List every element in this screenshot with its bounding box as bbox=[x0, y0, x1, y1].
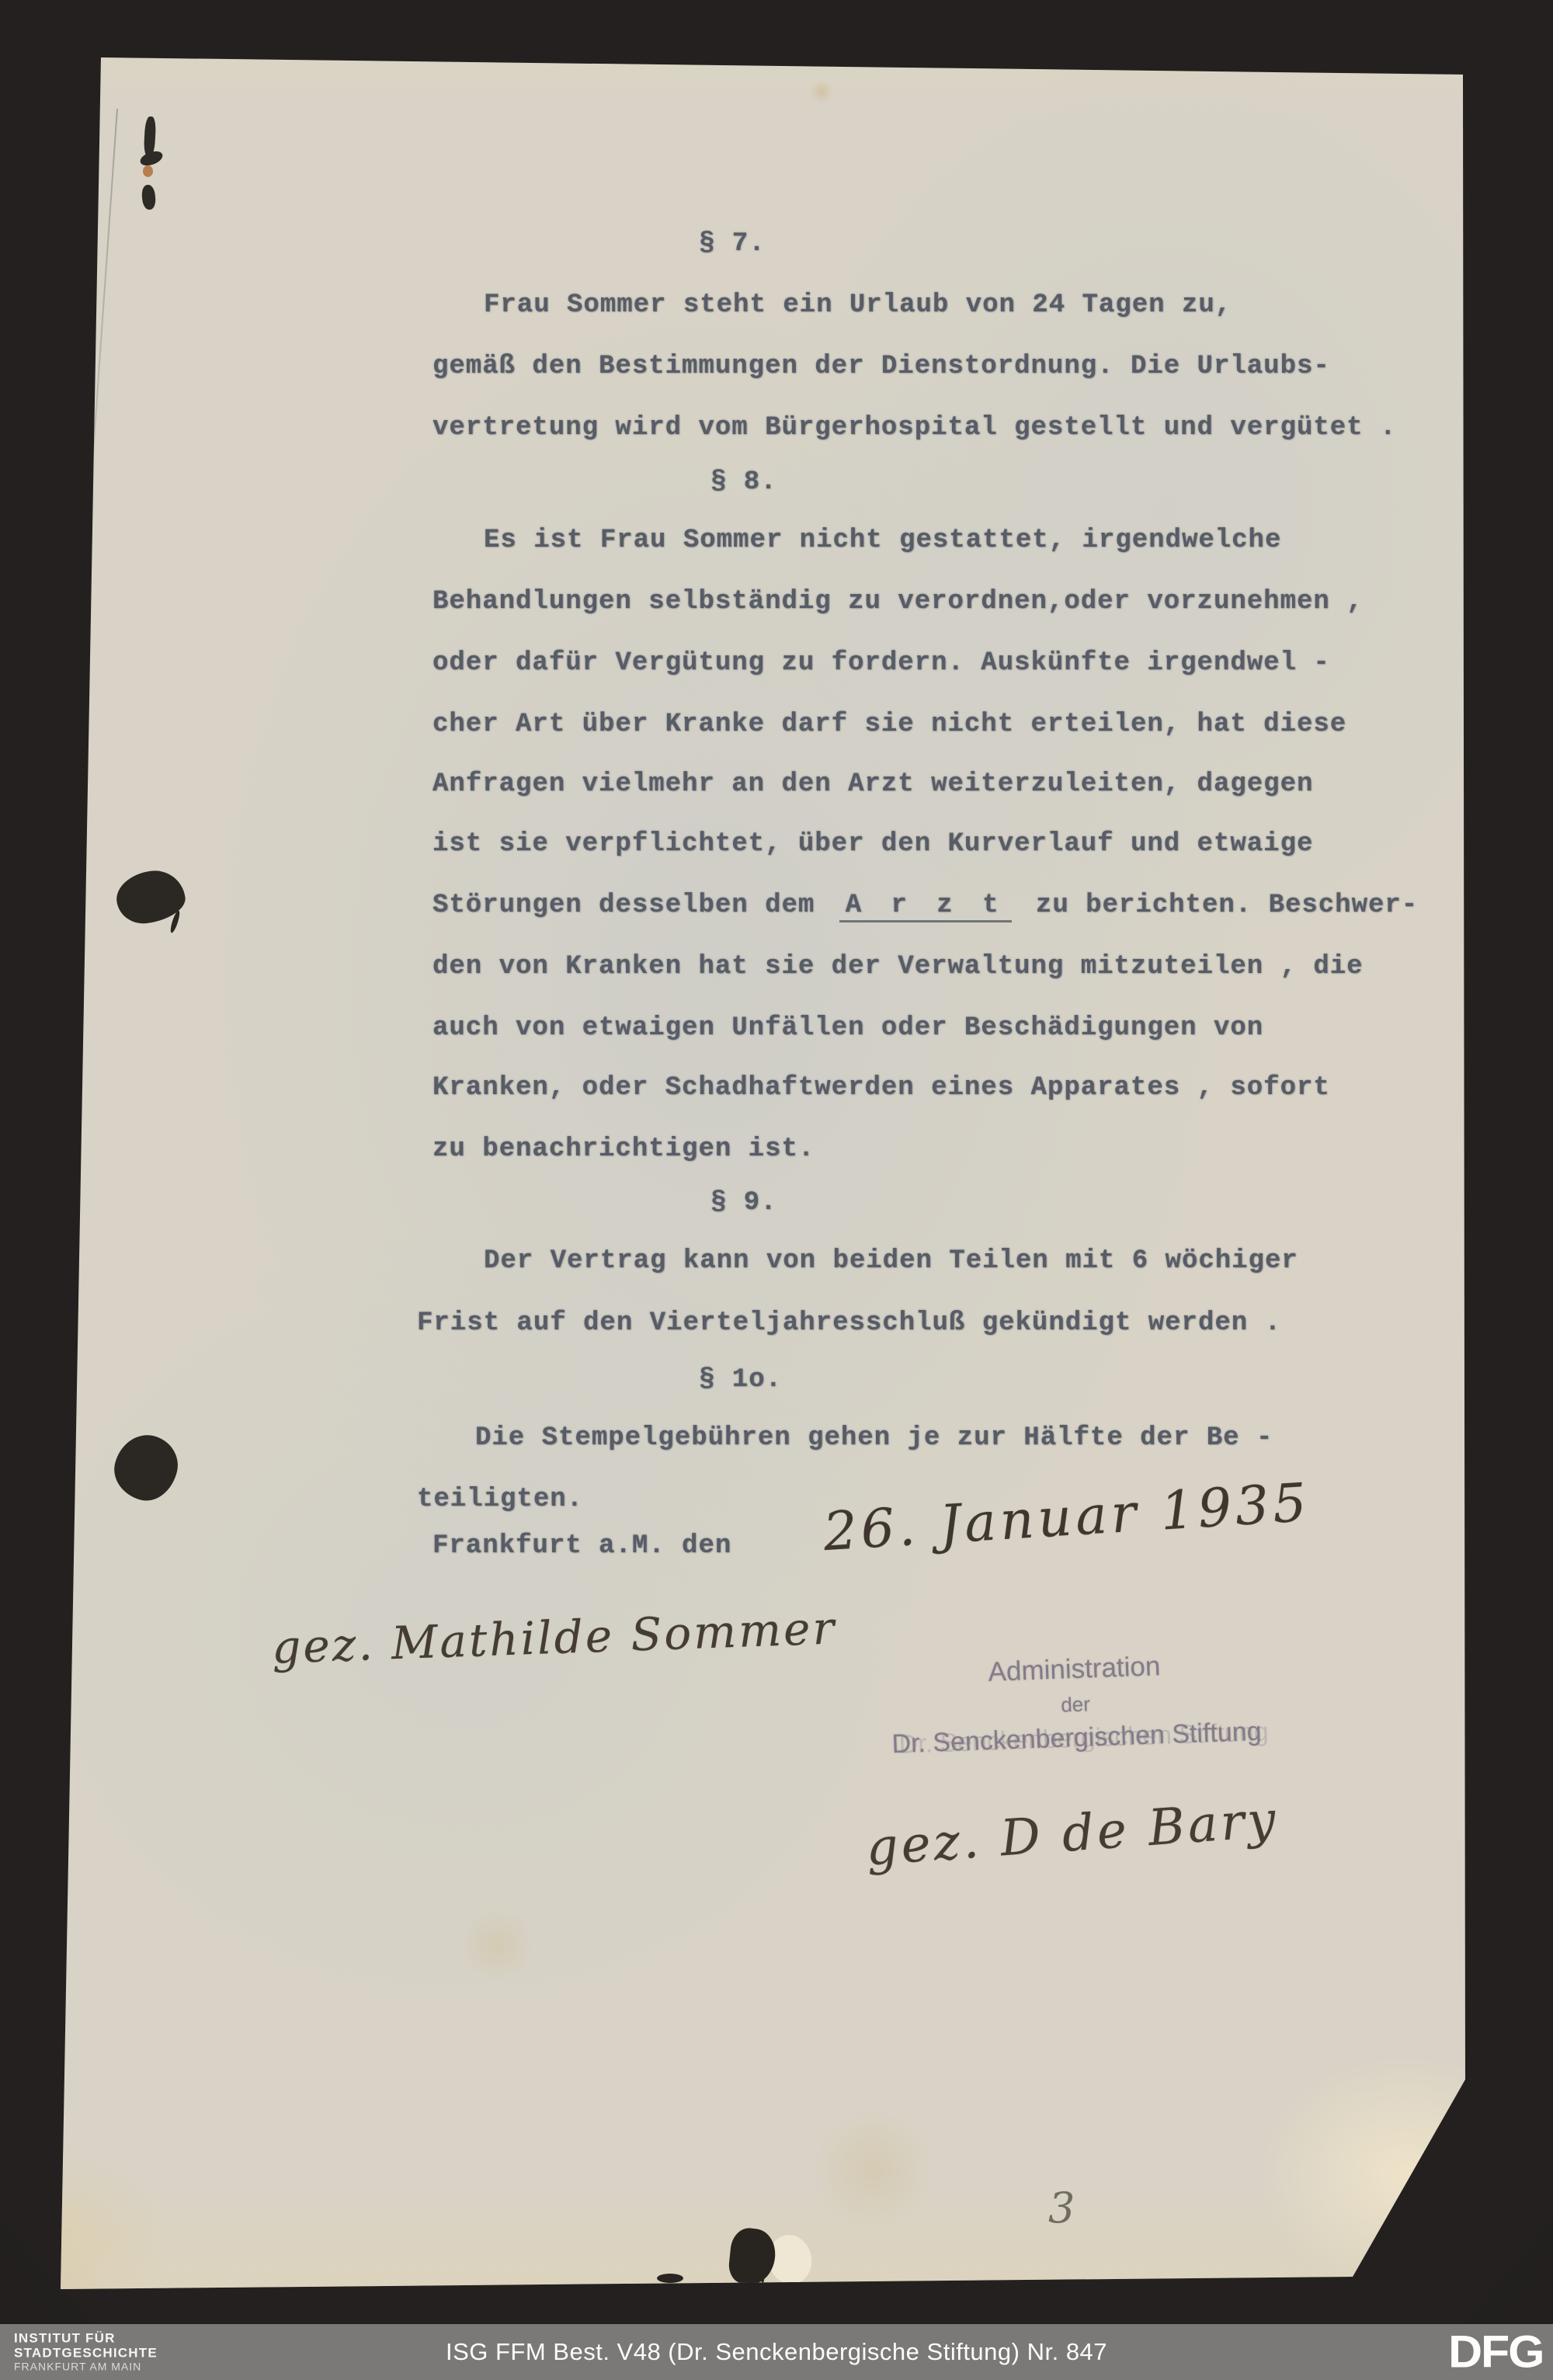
section-heading: § 8. bbox=[710, 467, 777, 497]
typed-line: auch von etwaigen Unfällen oder Beschädi… bbox=[433, 1013, 1263, 1043]
arzt-pre: Störungen desselben dem bbox=[433, 891, 832, 920]
institute-logo-block: INSTITUT FÜR STADTGESCHICHTE FRANKFURT A… bbox=[14, 2331, 158, 2374]
document-page: § 7. Frau Sommer steht ein Urlaub von 24… bbox=[0, 0, 1553, 2324]
pencil-page-number: 3 bbox=[1048, 2184, 1075, 2232]
arzt-post: zu berichten. Beschwer- bbox=[1020, 891, 1419, 920]
edge-nick bbox=[657, 2274, 683, 2283]
typed-line: Anfragen vielmehr an den Arzt weiterzule… bbox=[433, 770, 1313, 799]
punch-hole bbox=[108, 1429, 184, 1507]
typed-line: Behandlungen selbständig zu verordnen,od… bbox=[433, 587, 1364, 617]
signature-mathilde-sommer: gez. Mathilde Sommer bbox=[271, 1601, 837, 1673]
place-date-line: Frankfurt a.M. den bbox=[433, 1531, 731, 1561]
handwritten-date: 26. Januar 1935 bbox=[822, 1472, 1312, 1563]
signature-de-bary: gez. D de Bary bbox=[864, 1791, 1280, 1878]
dfg-logo: DFG bbox=[1448, 2326, 1543, 2378]
administration-stamp: Administration der Dr. Senckenbergischen… bbox=[876, 1643, 1275, 1763]
typed-line: oder dafür Vergütung zu fordern. Auskünf… bbox=[433, 648, 1330, 678]
archive-caption-bar: INSTITUT FÜR STADTGESCHICHTE FRANKFURT A… bbox=[0, 2324, 1553, 2380]
typed-line: Es ist Frau Sommer nicht gestattet, irge… bbox=[484, 526, 1281, 555]
typed-line: gemäß den Bestimmungen der Dienstordnung… bbox=[433, 352, 1330, 381]
typed-line: den von Kranken hat sie der Verwaltung m… bbox=[433, 952, 1364, 982]
section-heading: § 1o. bbox=[699, 1365, 782, 1395]
ink-mark bbox=[141, 184, 157, 210]
typed-line: Kranken, oder Schadhaftwerden eines Appa… bbox=[433, 1073, 1330, 1103]
typed-line: ist sie verpflichtet, über den Kurverlau… bbox=[433, 829, 1313, 859]
typed-line: vertretung wird vom Bürgerhospital geste… bbox=[433, 413, 1396, 443]
rust-spot bbox=[143, 165, 153, 177]
typed-line-arzt: Störungen desselben dem A r z t zu beric… bbox=[433, 891, 1418, 920]
institute-line-1: INSTITUT FÜR bbox=[14, 2331, 158, 2346]
institute-line-2: STADTGESCHICHTE bbox=[14, 2346, 158, 2361]
institute-line-3: FRANKFURT AM MAIN bbox=[14, 2361, 158, 2374]
typed-line: Die Stempelgebühren gehen je zur Hälfte … bbox=[475, 1423, 1273, 1453]
document-scan: § 7. Frau Sommer steht ein Urlaub von 24… bbox=[0, 0, 1553, 2324]
typed-line: Frau Sommer steht ein Urlaub von 24 Tage… bbox=[484, 290, 1232, 320]
archive-reference-caption: ISG FFM Best. V48 (Dr. Senckenbergische … bbox=[446, 2338, 1107, 2366]
paper-crease bbox=[76, 109, 118, 682]
typed-line: cher Art über Kranke darf sie nicht erte… bbox=[433, 710, 1346, 739]
typed-line: Der Vertrag kann von beiden Teilen mit 6… bbox=[484, 1246, 1298, 1276]
ink-mark bbox=[138, 148, 165, 168]
section-heading: § 9. bbox=[710, 1188, 777, 1218]
typed-line: zu benachrichtigen ist. bbox=[433, 1134, 815, 1164]
typed-line: Frist auf den Vierteljahresschluß gekünd… bbox=[417, 1308, 1281, 1338]
arzt-underlined: A r z t bbox=[839, 891, 1012, 922]
typed-line: teiligten. bbox=[417, 1485, 583, 1514]
section-heading: § 7. bbox=[699, 229, 766, 259]
tear-blot bbox=[727, 2226, 777, 2287]
